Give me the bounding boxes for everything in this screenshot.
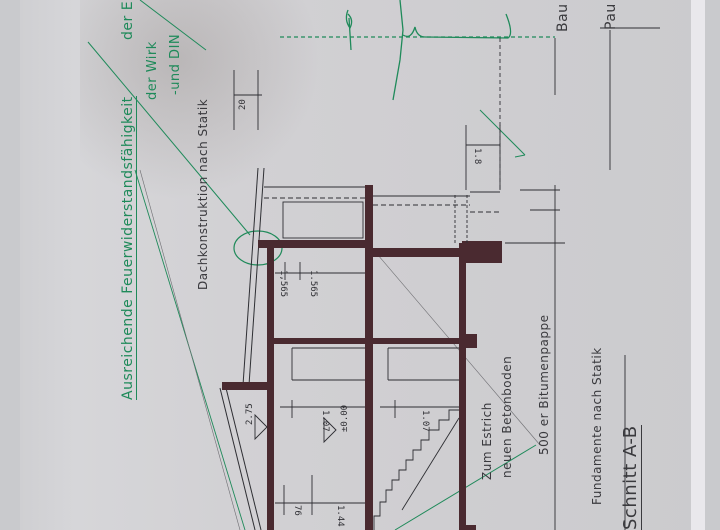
dim-top: 20 <box>238 99 248 110</box>
roof-construction-note: Dachkonstruktion nach Statik <box>196 99 210 290</box>
dim-roof-left: 1,565 <box>278 270 288 297</box>
dim-mid-right: 1.07 <box>420 410 430 432</box>
fire-resistance-note-cont: der Ein <box>120 0 136 40</box>
section-drawing <box>0 0 720 530</box>
fire-resistance-note: Ausreichende Feuerwiderstandsfähigkeit <box>120 96 137 400</box>
screed-note-line-1: Zum Estrich <box>480 402 494 480</box>
bitumen-note: 500 er Bitumenpappe <box>537 315 551 456</box>
bau-label: Bau <box>555 3 571 32</box>
dim-roof-right: 1.565 <box>308 270 318 297</box>
screed-note-line-2: neuen Betonboden <box>500 356 514 478</box>
fire-note-line-3: -und DIN <box>168 34 183 95</box>
dim-level: ±0.00 <box>340 405 350 432</box>
dim-eave: 2.75 <box>245 403 255 425</box>
dim-mid: 1.07 <box>320 410 330 432</box>
fire-note-line-2: der Wirk <box>145 41 160 100</box>
pau-label: Pau <box>603 3 619 30</box>
dim-right-top: 1.8 <box>472 148 482 164</box>
dim-bottom-right: 1.44 <box>335 505 345 527</box>
section-title: Schnitt A-B <box>620 425 642 530</box>
foundation-note: Fundamente nach Statik <box>590 347 604 505</box>
dim-bottom-left: 76 <box>292 505 302 516</box>
